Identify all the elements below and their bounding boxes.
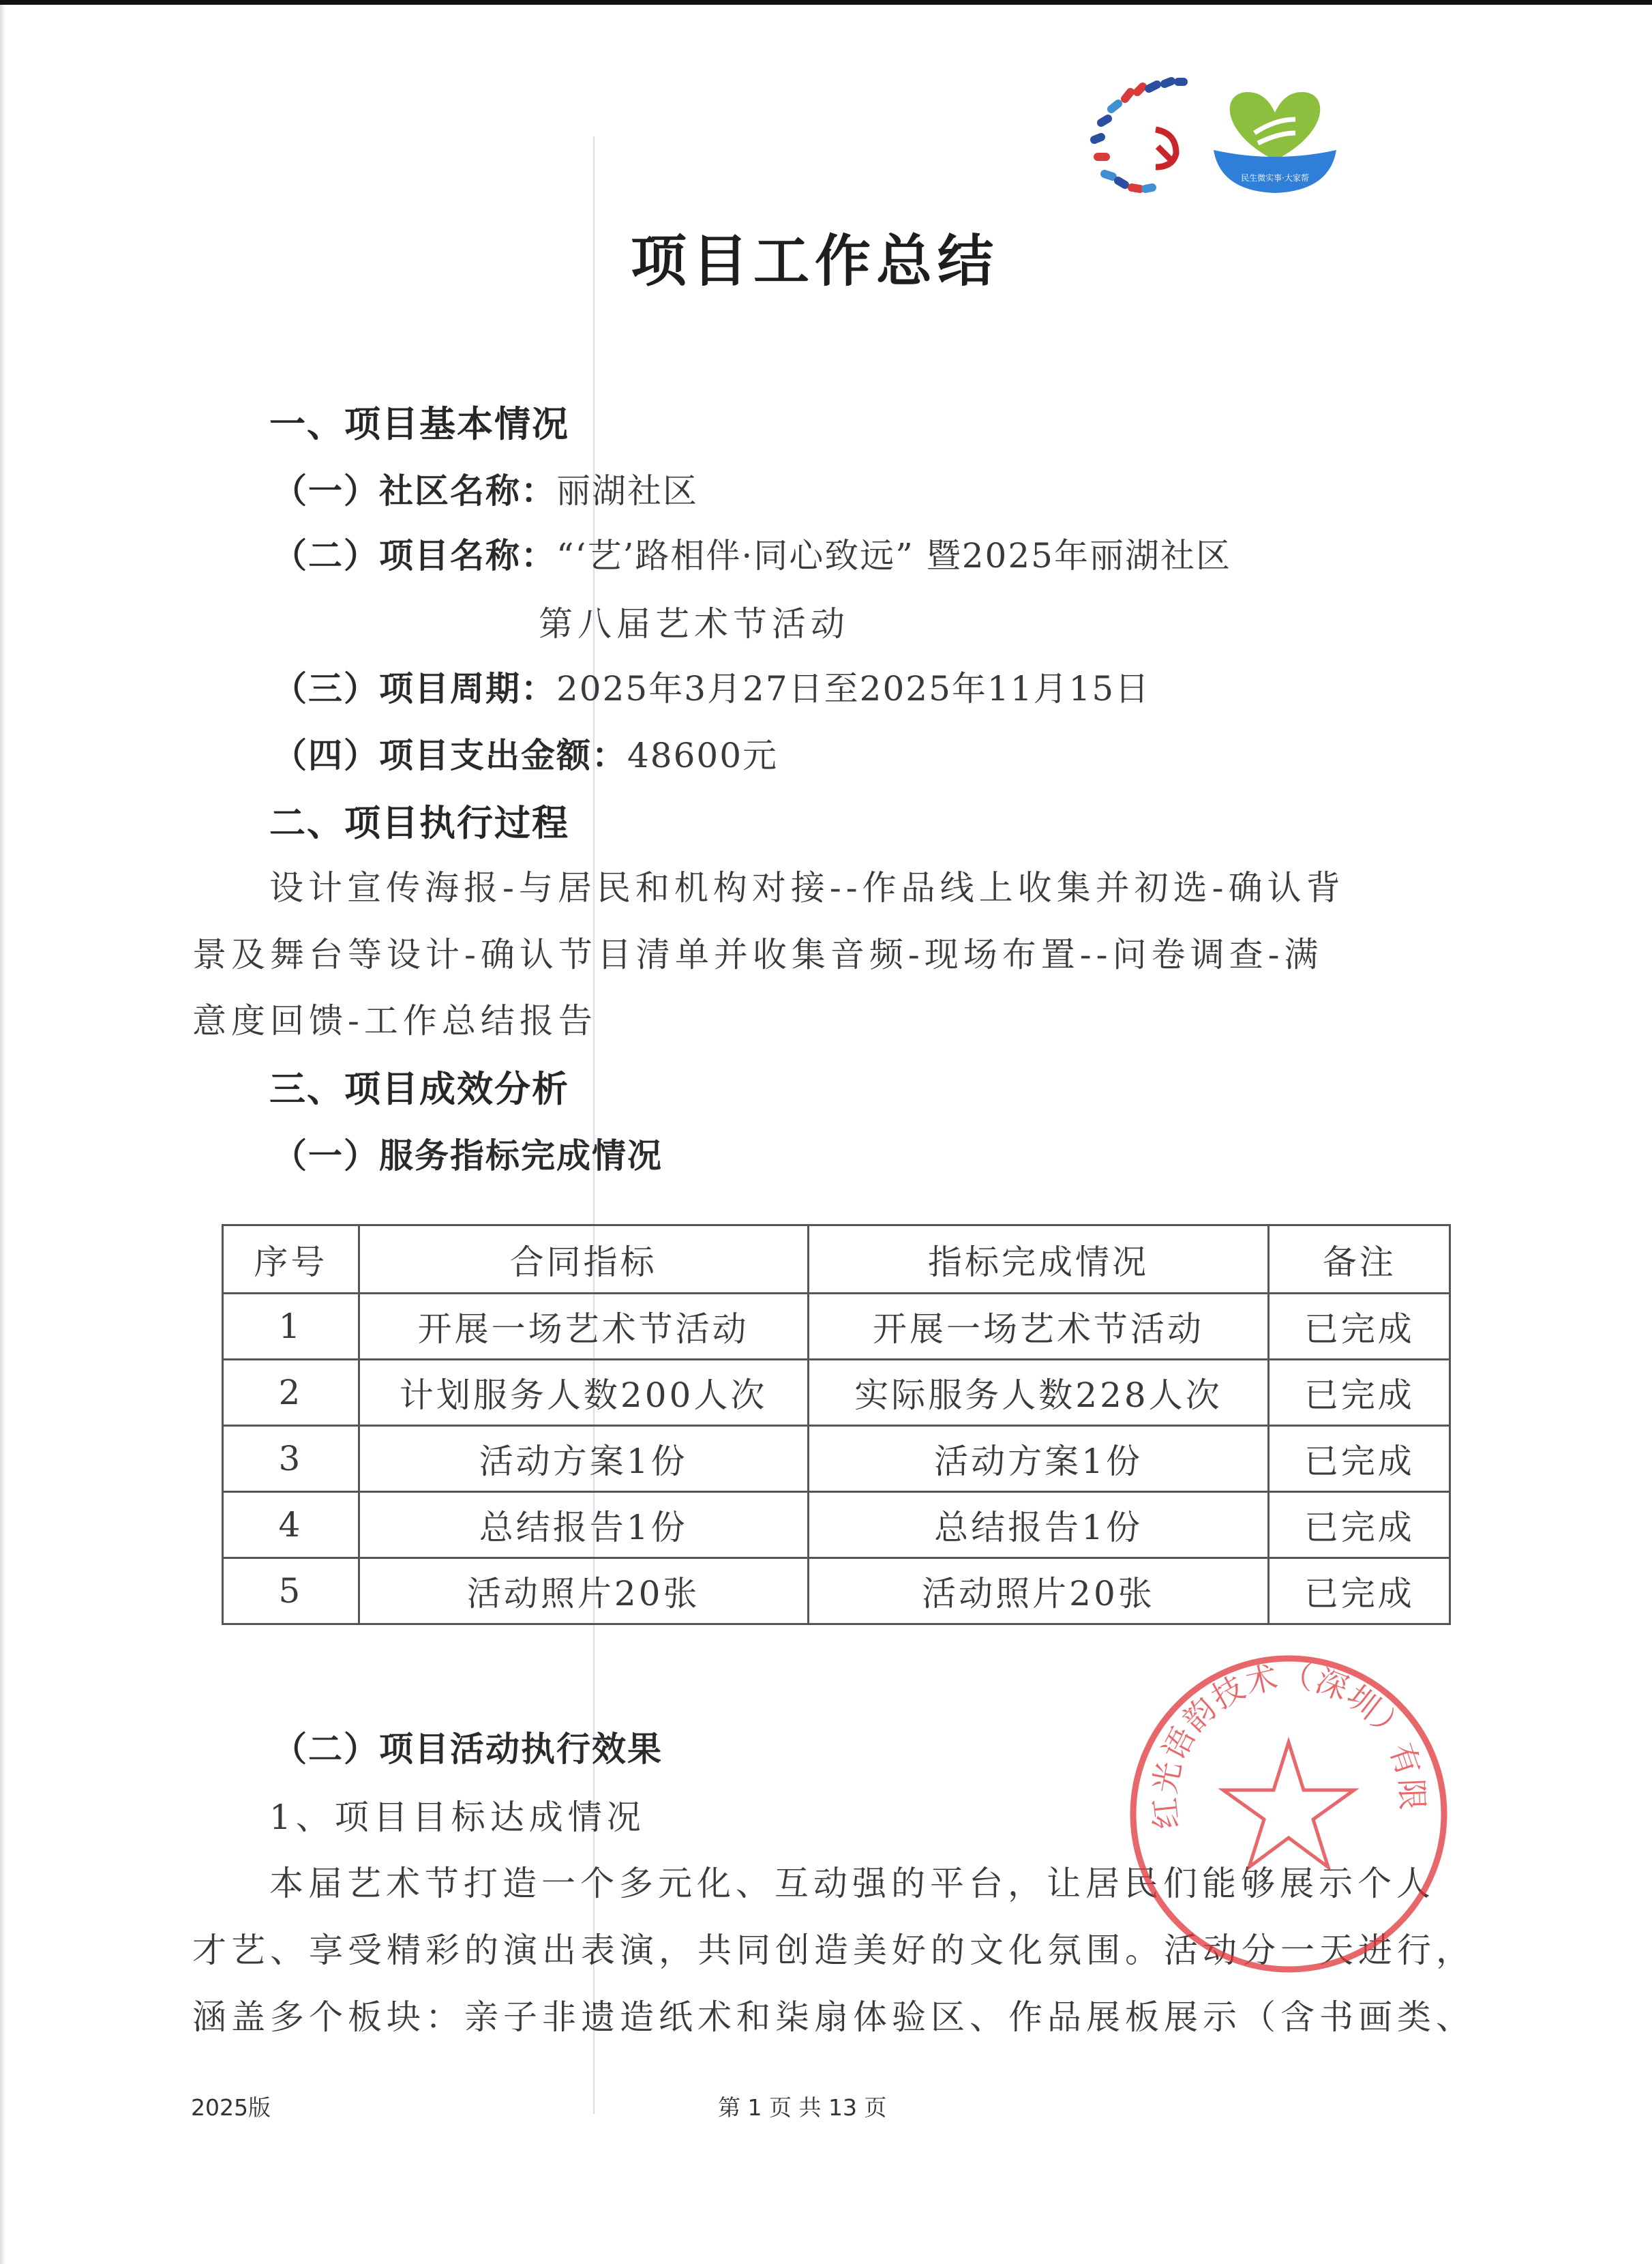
cell-remarks: 已完成 — [1269, 1426, 1450, 1492]
project-name-row: （二）项目名称：“‘艺’路相伴·同心致远” 暨2025年丽湖社区 — [273, 528, 1231, 578]
community-name-row: （一）社区名称：丽湖社区 — [273, 464, 698, 513]
project-expense-label: （四）项目支出金额： — [273, 736, 627, 775]
svg-text:民生微实事·大家帮: 民生微实事·大家帮 — [1241, 173, 1309, 183]
cell-remarks: 已完成 — [1269, 1360, 1450, 1426]
table-header-row: 序号 合同指标 指标完成情况 备注 — [223, 1225, 1450, 1294]
cell-contract-metric: 计划服务人数200人次 — [359, 1360, 808, 1426]
company-seal-stamp-icon: 红光语韵技术（深圳）有限公司 — [1125, 1650, 1452, 1978]
cell-completion: 开展一场艺术节活动 — [808, 1294, 1269, 1360]
table-row: 2 计划服务人数200人次 实际服务人数228人次 已完成 — [223, 1360, 1450, 1426]
project-period-value: 2025年3月27日至2025年11月15日 — [556, 669, 1150, 709]
cell-index: 3 — [223, 1426, 359, 1492]
table-row: 5 活动照片20张 活动照片20张 已完成 — [223, 1558, 1450, 1624]
project-expense-value: 48600元 — [627, 736, 778, 775]
cell-remarks: 已完成 — [1269, 1294, 1450, 1360]
community-name-value: 丽湖社区 — [556, 471, 698, 511]
col-header-index: 序号 — [223, 1225, 359, 1294]
col-header-contract-metric: 合同指标 — [359, 1225, 808, 1294]
header-logos: 民生微实事·大家帮 — [1077, 72, 1350, 194]
paragraph-line-3: 涵盖多个板块：亲子非遗造纸术和柒扇体验区、作品展板展示（含书画类、 — [192, 1990, 1475, 2039]
cell-index: 1 — [223, 1294, 359, 1360]
footer-edition: 2025版 — [191, 2090, 271, 2122]
scan-top-edge — [0, 0, 1652, 5]
service-metrics-table: 序号 合同指标 指标完成情况 备注 1 开展一场艺术节活动 开展一场艺术节活动 … — [222, 1224, 1451, 1625]
project-name-value-continued: 第八届艺术节活动 — [539, 597, 850, 646]
cell-index: 2 — [223, 1360, 359, 1426]
cell-contract-metric: 活动方案1份 — [359, 1426, 808, 1492]
cell-index: 4 — [223, 1492, 359, 1558]
cell-completion: 活动照片20张 — [808, 1558, 1269, 1624]
party-heart-logo-icon — [1077, 72, 1193, 194]
process-line-1: 设计宣传海报-与居民和机构对接--作品线上收集并初选-确认背 — [269, 861, 1345, 910]
community-name-label: （一）社区名称： — [273, 471, 556, 511]
col-header-remarks: 备注 — [1269, 1225, 1450, 1294]
table-row: 1 开展一场艺术节活动 开展一场艺术节活动 已完成 — [223, 1294, 1450, 1360]
scan-left-edge — [0, 5, 5, 2264]
goal-achievement-heading: 1、项目目标达成情况 — [269, 1790, 646, 1839]
project-expense-row: （四）项目支出金额：48600元 — [273, 728, 778, 777]
table-row: 4 总结报告1份 总结报告1份 已完成 — [223, 1492, 1450, 1558]
project-period-row: （三）项目周期：2025年3月27日至2025年11月15日 — [273, 661, 1150, 711]
service-metrics-subheading: （一）服务指标完成情况 — [273, 1129, 663, 1178]
cell-completion: 实际服务人数228人次 — [808, 1360, 1269, 1426]
project-period-label: （三）项目周期： — [273, 669, 556, 709]
cell-index: 5 — [223, 1558, 359, 1624]
cell-contract-metric: 开展一场艺术节活动 — [359, 1294, 808, 1360]
cell-completion: 活动方案1份 — [808, 1426, 1269, 1492]
project-name-label: （二）项目名称： — [273, 536, 556, 576]
col-header-completion: 指标完成情况 — [808, 1225, 1269, 1294]
section2-heading: 二、项目执行过程 — [269, 794, 569, 846]
cell-remarks: 已完成 — [1269, 1558, 1450, 1624]
section3-heading: 三、项目成效分析 — [269, 1060, 569, 1112]
section1-heading: 一、项目基本情况 — [269, 396, 569, 447]
process-line-3: 意度回馈-工作总结报告 — [192, 994, 597, 1043]
svg-text:红光语韵技术（深圳）有限公司: 红光语韵技术（深圳）有限公司 — [1125, 1650, 1431, 1831]
cell-contract-metric: 总结报告1份 — [359, 1492, 808, 1558]
document-title: 项目工作总结 — [631, 217, 999, 297]
execution-effect-subheading: （二）项目活动执行效果 — [273, 1722, 663, 1771]
cell-completion: 总结报告1份 — [808, 1492, 1269, 1558]
cell-contract-metric: 活动照片20张 — [359, 1558, 808, 1624]
table-row: 3 活动方案1份 活动方案1份 已完成 — [223, 1426, 1450, 1492]
heart-bowl-logo-icon: 民生微实事·大家帮 — [1207, 85, 1343, 194]
footer-page-info: 第 1 页 共 13 页 — [718, 2090, 886, 2122]
cell-remarks: 已完成 — [1269, 1492, 1450, 1558]
project-name-value: “‘艺’路相伴·同心致远” 暨2025年丽湖社区 — [556, 536, 1231, 576]
process-line-2: 景及舞台等设计-确认节目清单并收集音频-现场布置--问卷调查-满 — [192, 927, 1323, 977]
